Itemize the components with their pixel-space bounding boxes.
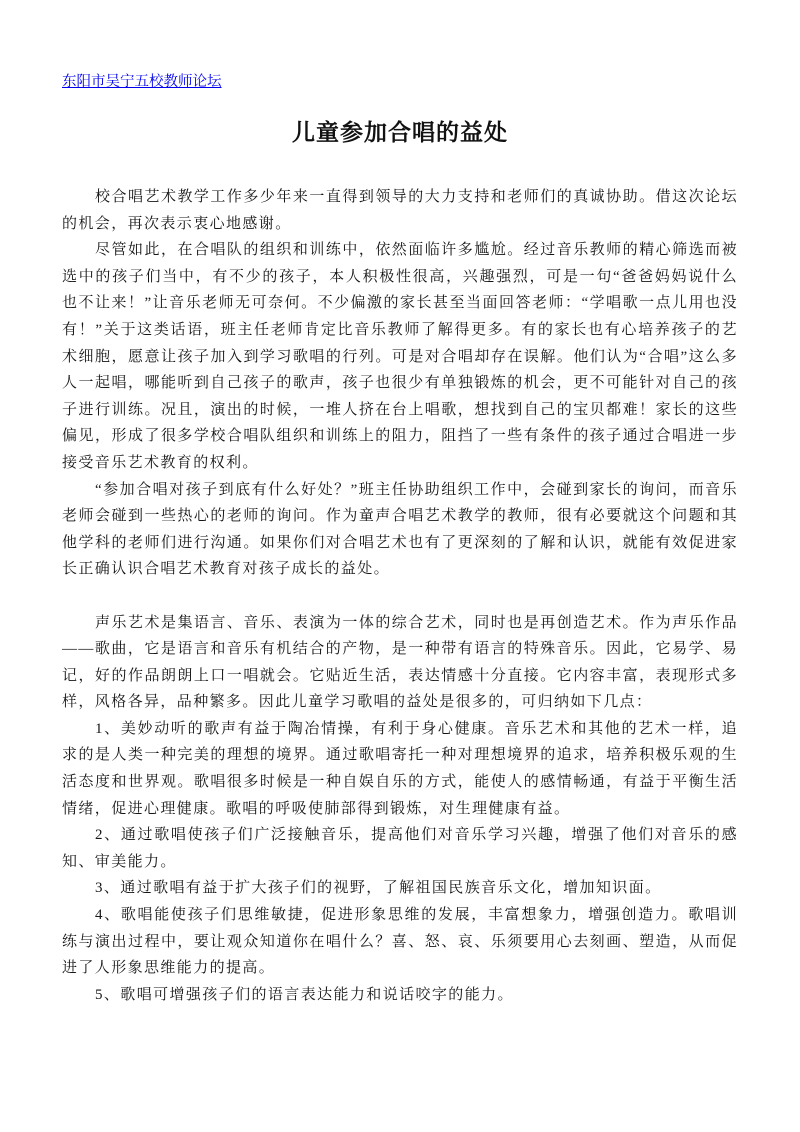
paragraph: 2、通过歌唱使孩子们广泛接触音乐，提高他们对音乐学习兴趣，增强了他们对音乐的感知… bbox=[62, 822, 738, 875]
paragraph: 尽管如此，在合唱队的组织和训练中，依然面临许多尴尬。经过音乐教师的精心筛选而被选… bbox=[62, 237, 738, 476]
paragraph: “参加合唱对孩子到底有什么好处？”班主任协助组织工作中，会碰到家长的询问，而音乐… bbox=[62, 477, 738, 583]
paragraph: 声乐艺术是集语言、音乐、表演为一体的综合艺术，同时也是再创造艺术。作为声乐作品—… bbox=[62, 610, 738, 716]
document-title: 儿童参加合唱的益处 bbox=[62, 118, 738, 148]
paragraph: 校合唱艺术教学工作多少年来一直得到领导的大力支持和老师们的真诚协助。借这次论坛的… bbox=[62, 184, 738, 237]
paragraph: 5、歌唱可增强孩子们的语言表达能力和说话咬字的能力。 bbox=[62, 982, 738, 1009]
paragraph: 4、歌唱能使孩子们思维敏捷，促进形象思维的发展，丰富想象力，增强创造力。歌唱训练… bbox=[62, 902, 738, 982]
forum-link[interactable]: 东阳市吴宁五校教师论坛 bbox=[62, 73, 222, 91]
empty-line bbox=[62, 583, 738, 610]
paragraph: 3、通过歌唱有益于扩大孩子们的视野，了解祖国民族音乐文化，增加知识面。 bbox=[62, 875, 738, 902]
document-body: 校合唱艺术教学工作多少年来一直得到领导的大力支持和老师们的真诚协助。借这次论坛的… bbox=[62, 184, 738, 1008]
document-page: 东阳市吴宁五校教师论坛 儿童参加合唱的益处 校合唱艺术教学工作多少年来一直得到领… bbox=[0, 0, 800, 1132]
paragraph: 1、美妙动听的歌声有益于陶冶情操，有利于身心健康。音乐艺术和其他的艺术一样，追求… bbox=[62, 716, 738, 822]
